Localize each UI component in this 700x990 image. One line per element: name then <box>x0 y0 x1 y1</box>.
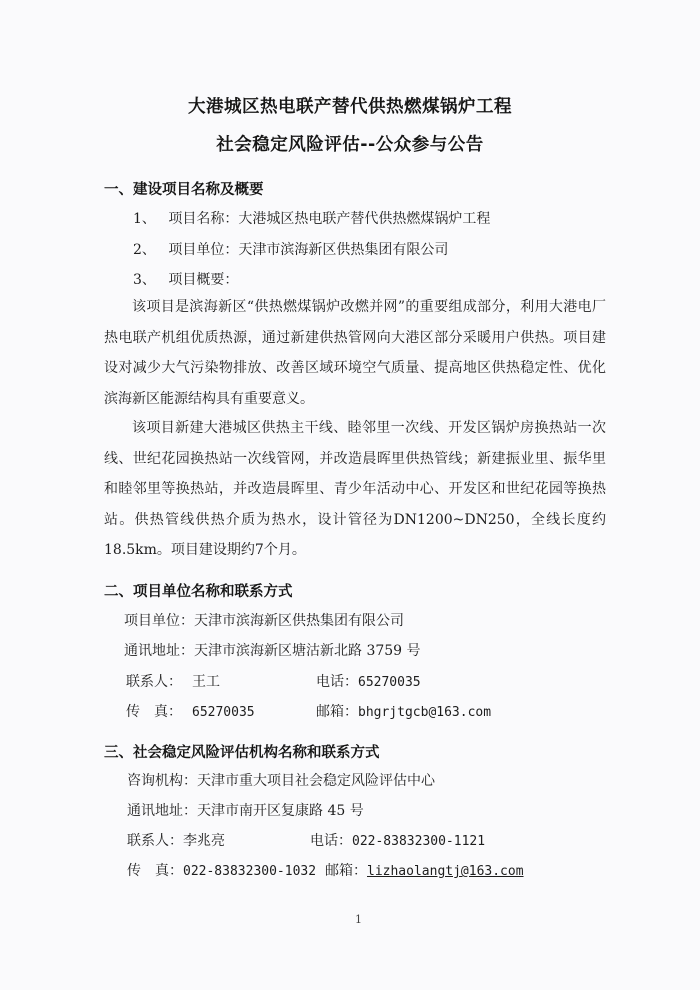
document-title-line2: 社会稳定风险评估--公众参与公告 <box>0 131 700 156</box>
unit-row: 项目单位：天津市滨海新区供热集团有限公司 <box>124 610 404 630</box>
contact-value: 王工 <box>192 674 220 690</box>
page-number: 1 <box>355 913 362 926</box>
item-label: 项目单位： <box>168 242 238 258</box>
fax-value: 65270035 <box>192 705 255 720</box>
unit-label: 项目单位： <box>124 613 194 629</box>
summary-paragraph-2: 该项目新建大港城区供热主干线、睦邻里一次线、开发区锅炉房换热站一次线、世纪花园换… <box>104 413 606 566</box>
project-summary-item: 3、 项目概要： <box>133 269 238 289</box>
fax-label: 传 真： <box>127 863 183 879</box>
item-value: 大港城区热电联产替代供热燃煤锅炉工程 <box>238 211 490 227</box>
phone-value: 022-83832300-1121 <box>352 834 485 849</box>
fax-row: 传 真：65270035 <box>126 701 255 721</box>
fax-label: 传 真： <box>126 704 182 720</box>
item-label: 项目概要： <box>168 272 238 288</box>
address-label: 通讯地址： <box>124 643 194 659</box>
item-number: 2、 <box>133 242 156 258</box>
address-row: 通讯地址：天津市滨海新区塘沽新北路 3759 号 <box>124 640 421 660</box>
section2-heading: 二、项目单位名称和联系方式 <box>104 580 293 601</box>
fax-row: 传 真：022-83832300-1032 <box>127 860 316 880</box>
phone-label: 电话： <box>316 674 358 690</box>
unit-value: 天津市滨海新区供热集团有限公司 <box>194 613 404 629</box>
org-label: 咨询机构： <box>127 773 197 789</box>
phone-label: 电话： <box>310 833 352 849</box>
address-row: 通讯地址：天津市南开区复康路 45 号 <box>127 800 364 820</box>
section3-heading: 三、社会稳定风险评估机构名称和联系方式 <box>104 741 380 762</box>
contact-row: 联系人：李兆亮 <box>127 830 225 850</box>
project-name-item: 1、 项目名称：大港城区热电联产替代供热燃煤锅炉工程 <box>133 208 490 228</box>
section1-heading: 一、建设项目名称及概要 <box>104 178 264 199</box>
contact-label: 联系人： <box>126 674 182 690</box>
email-label: 邮箱： <box>316 704 358 720</box>
org-row: 咨询机构：天津市重大项目社会稳定风险评估中心 <box>127 770 435 790</box>
item-number: 1、 <box>133 211 156 227</box>
document-page: 大港城区热电联产替代供热燃煤锅炉工程 社会稳定风险评估--公众参与公告 一、建设… <box>0 0 700 990</box>
summary-paragraph-1: 该项目是滨海新区“供热燃煤锅炉改燃并网”的重要组成部分，利用大港电厂热电联产机组… <box>104 292 606 414</box>
email-link[interactable]: lizhaolangtj@163.com <box>367 864 524 879</box>
contact-row: 联系人：王工 <box>126 671 220 691</box>
item-number: 3、 <box>133 272 156 288</box>
email-value[interactable]: bhgrjtgcb@163.com <box>358 705 491 720</box>
address-value: 天津市滨海新区塘沽新北路 3759 号 <box>194 643 421 659</box>
fax-value: 022-83832300-1032 <box>183 864 316 879</box>
phone-value: 65270035 <box>358 675 421 690</box>
email-row: 邮箱：lizhaolangtj@163.com <box>325 860 524 880</box>
document-title-line1: 大港城区热电联产替代供热燃煤锅炉工程 <box>0 93 700 118</box>
phone-row: 电话：022-83832300-1121 <box>310 830 485 850</box>
item-value: 天津市滨海新区供热集团有限公司 <box>238 242 448 258</box>
project-unit-item: 2、 项目单位：天津市滨海新区供热集团有限公司 <box>133 239 448 259</box>
email-row: 邮箱：bhgrjtgcb@163.com <box>316 701 491 721</box>
address-label: 通讯地址： <box>127 803 197 819</box>
contact-label: 联系人： <box>127 833 183 849</box>
item-label: 项目名称： <box>168 211 238 227</box>
org-value: 天津市重大项目社会稳定风险评估中心 <box>197 773 435 789</box>
contact-value: 李兆亮 <box>183 833 225 849</box>
address-value: 天津市南开区复康路 45 号 <box>197 803 364 819</box>
phone-row: 电话：65270035 <box>316 671 421 691</box>
email-label: 邮箱： <box>325 863 367 879</box>
